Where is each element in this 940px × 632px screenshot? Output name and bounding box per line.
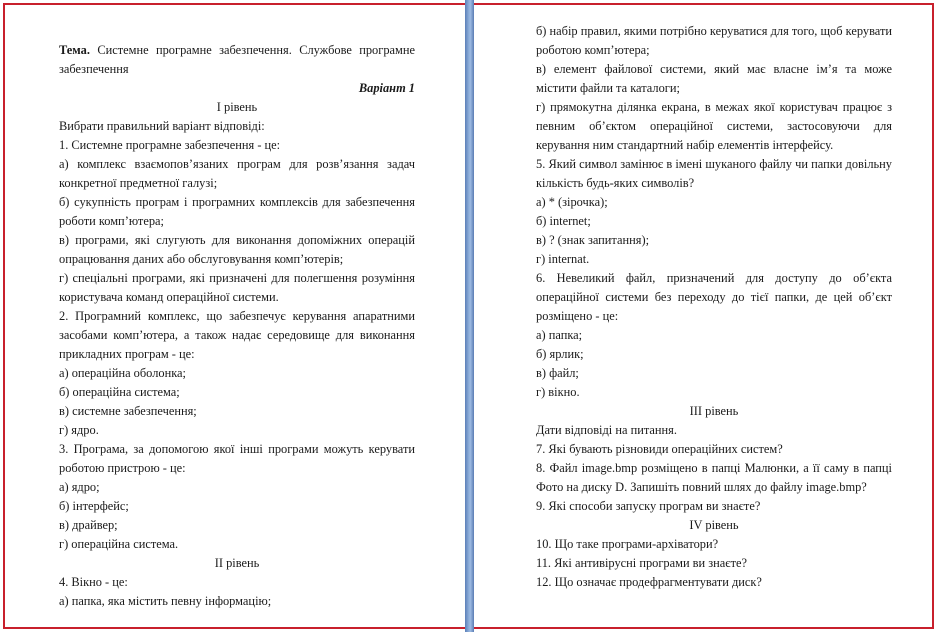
question-4-option-b: б) набір правил, якими потрібно керувати… xyxy=(536,22,892,60)
question-2-option-a: а) операційна оболонка; xyxy=(59,364,415,383)
question-5-option-b: б) internet; xyxy=(536,212,892,231)
question-12: 12. Що означає продефрагментувати диск? xyxy=(536,573,892,592)
question-3-option-c: в) драйвер; xyxy=(59,516,415,535)
level-3-heading: ІІІ рівень xyxy=(536,402,892,421)
question-6-option-d: г) вікно. xyxy=(536,383,892,402)
level-4-heading: IV рівень xyxy=(536,516,892,535)
question-1: 1. Системне програмне забезпечення - це: xyxy=(59,136,415,155)
question-1-option-d: г) спеціальні програми, які призначені д… xyxy=(59,269,415,307)
question-1-option-a: а) комплекс взаємопов’язаних програм для… xyxy=(59,155,415,193)
question-4: 4. Вікно - це: xyxy=(59,573,415,592)
question-10: 10. Що таке програми-архіватори? xyxy=(536,535,892,554)
question-2-option-c: в) системне забезпечення; xyxy=(59,402,415,421)
instruction-text: Вибрати правильний варіант відповіді: xyxy=(59,117,415,136)
question-2-option-d: г) ядро. xyxy=(59,421,415,440)
question-3: 3. Програма, за допомогою якої інші прог… xyxy=(59,440,415,478)
question-4-option-d: г) прямокутна ділянка екрана, в межах як… xyxy=(536,98,892,155)
variant-label: Варіант 1 xyxy=(59,79,415,98)
question-2-option-b: б) операційна система; xyxy=(59,383,415,402)
question-1-option-b: б) сукупність програм і програмних компл… xyxy=(59,193,415,231)
topic-line: Тема. Системне програмне забезпечення. С… xyxy=(59,41,415,79)
question-3-option-b: б) інтерфейс; xyxy=(59,497,415,516)
question-5-option-d: г) internat. xyxy=(536,250,892,269)
topic-text: Системне програмне забезпечення. Службов… xyxy=(59,43,415,76)
topic-label: Тема. xyxy=(59,43,90,57)
page-gutter-divider xyxy=(465,0,474,632)
question-7: 7. Які бувають різновиди операційних сис… xyxy=(536,440,892,459)
question-1-option-c: в) програми, які слугують для виконання … xyxy=(59,231,415,269)
level-1-heading: І рівень xyxy=(59,98,415,117)
question-4-option-c: в) елемент файлової системи, який має вл… xyxy=(536,60,892,98)
question-9: 9. Які способи запуску програм ви знаєте… xyxy=(536,497,892,516)
level-3-instruction: Дати відповіді на питання. xyxy=(536,421,892,440)
question-5-option-c: в) ? (знак запитання); xyxy=(536,231,892,250)
question-2: 2. Програмний комплекс, що забезпечує ке… xyxy=(59,307,415,364)
question-3-option-a: а) ядро; xyxy=(59,478,415,497)
question-5-option-a: а) * (зірочка); xyxy=(536,193,892,212)
question-11: 11. Які антивірусні програми ви знаєте? xyxy=(536,554,892,573)
question-5: 5. Який символ замінює в імені шуканого … xyxy=(536,155,892,193)
right-page: б) набір правил, якими потрібно керувати… xyxy=(536,22,892,592)
question-6-option-b: б) ярлик; xyxy=(536,345,892,364)
question-6: 6. Невеликий файл, призначений для досту… xyxy=(536,269,892,326)
question-6-option-a: а) папка; xyxy=(536,326,892,345)
level-2-heading: ІІ рівень xyxy=(59,554,415,573)
question-3-option-d: г) операційна система. xyxy=(59,535,415,554)
left-page: Тема. Системне програмне забезпечення. С… xyxy=(59,41,415,611)
question-4-option-a: а) папка, яка містить певну інформацію; xyxy=(59,592,415,611)
question-6-option-c: в) файл; xyxy=(536,364,892,383)
question-8: 8. Файл image.bmp розміщено в папці Малю… xyxy=(536,459,892,497)
